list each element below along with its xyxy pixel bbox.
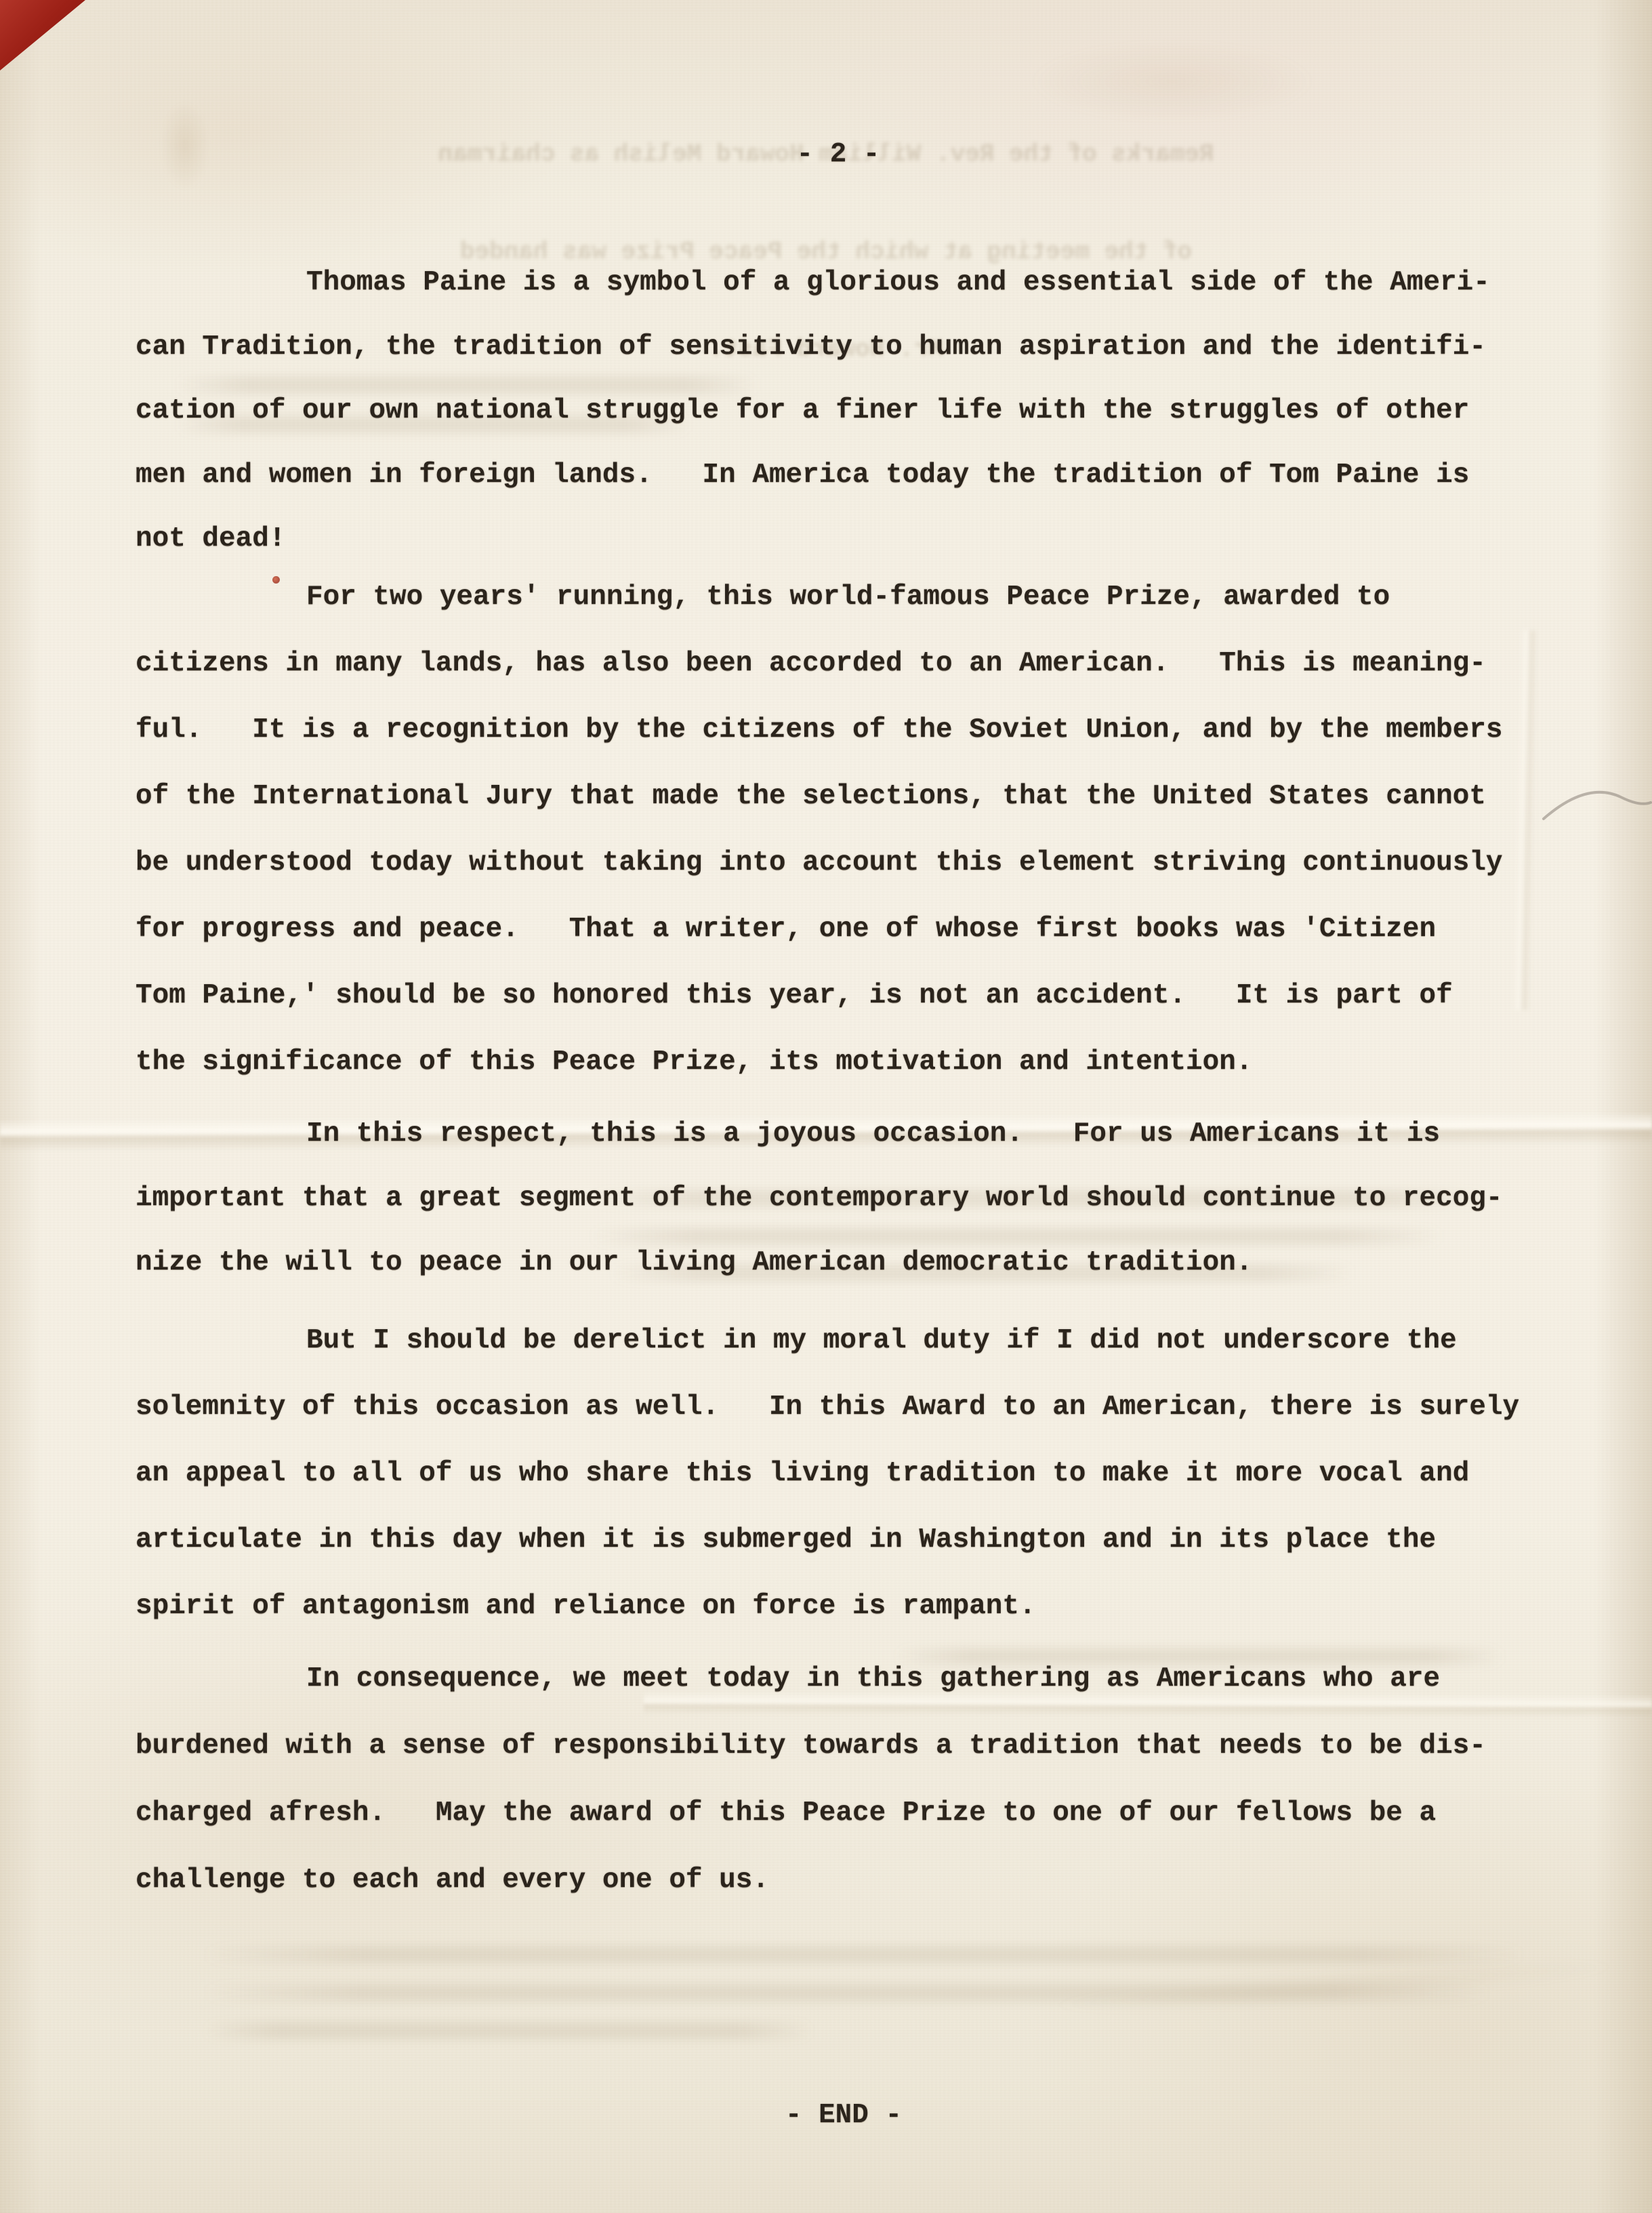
typed-line: Thomas Paine is a symbol of a glorious a… — [136, 251, 1586, 315]
paragraph: But I should be derelict in my moral dut… — [136, 1307, 1586, 1640]
typed-line: men and women in foreign lands. In Ameri… — [136, 443, 1586, 508]
paragraph: Thomas Paine is a symbol of a glorious a… — [136, 251, 1586, 571]
paragraph: For two years' running, this world-famou… — [136, 564, 1586, 1095]
typed-line: citizens in many lands, has also been ac… — [136, 630, 1586, 697]
end-marker: - END - — [18, 2100, 1652, 2131]
bleedthrough-smudge — [203, 2023, 813, 2039]
typed-line: ful. It is a recognition by the citizens… — [136, 697, 1586, 763]
typed-line: can Tradition, the tradition of sensitiv… — [136, 315, 1586, 380]
typed-line: nize the will to peace in our living Ame… — [136, 1231, 1586, 1295]
typed-line: for progress and peace. That a writer, o… — [136, 896, 1586, 962]
typed-line: In this respect, this is a joyous occasi… — [136, 1102, 1586, 1166]
typed-line: burdened with a sense of responsibility … — [136, 1713, 1586, 1780]
typed-line: not dead! — [136, 507, 1586, 571]
typed-line: But I should be derelict in my moral dut… — [136, 1307, 1586, 1374]
typed-line: an appeal to all of us who share this li… — [136, 1440, 1586, 1507]
document-page: Remarks of the Rev. William Howard Melis… — [0, 0, 1652, 2213]
typed-line: the significance of this Peace Prize, it… — [136, 1029, 1586, 1095]
typed-line: charged afresh. May the award of this Pe… — [136, 1780, 1586, 1847]
typed-line: important that a great segment of the co… — [136, 1166, 1586, 1231]
typed-line: For two years' running, this world-famou… — [136, 564, 1586, 630]
page-number: - 2 - — [12, 139, 1652, 170]
typed-line: spirit of antagonism and reliance on for… — [136, 1573, 1586, 1640]
typed-line: Tom Paine,' should be so honored this ye… — [136, 962, 1586, 1029]
typed-line: articulate in this day when it is submer… — [136, 1507, 1586, 1573]
paragraph: In consequence, we meet today in this ga… — [136, 1646, 1586, 1914]
bleedthrough-smudge — [203, 1947, 1525, 1963]
typed-line: cation of our own national struggle for … — [136, 379, 1586, 443]
typed-line: be understood today without taking into … — [136, 830, 1586, 896]
typed-line: solemnity of this occasion as well. In t… — [136, 1374, 1586, 1440]
bleedthrough-smudge — [203, 1985, 1491, 2001]
typed-line: challenge to each and every one of us. — [136, 1847, 1586, 1914]
paper-wrinkle — [1016, 1943, 1652, 2028]
red-corner-mark — [0, 0, 85, 70]
paragraph: In this respect, this is a joyous occasi… — [136, 1102, 1586, 1295]
typed-line: In consequence, we meet today in this ga… — [136, 1646, 1586, 1713]
typed-line: of the International Jury that made the … — [136, 763, 1586, 830]
